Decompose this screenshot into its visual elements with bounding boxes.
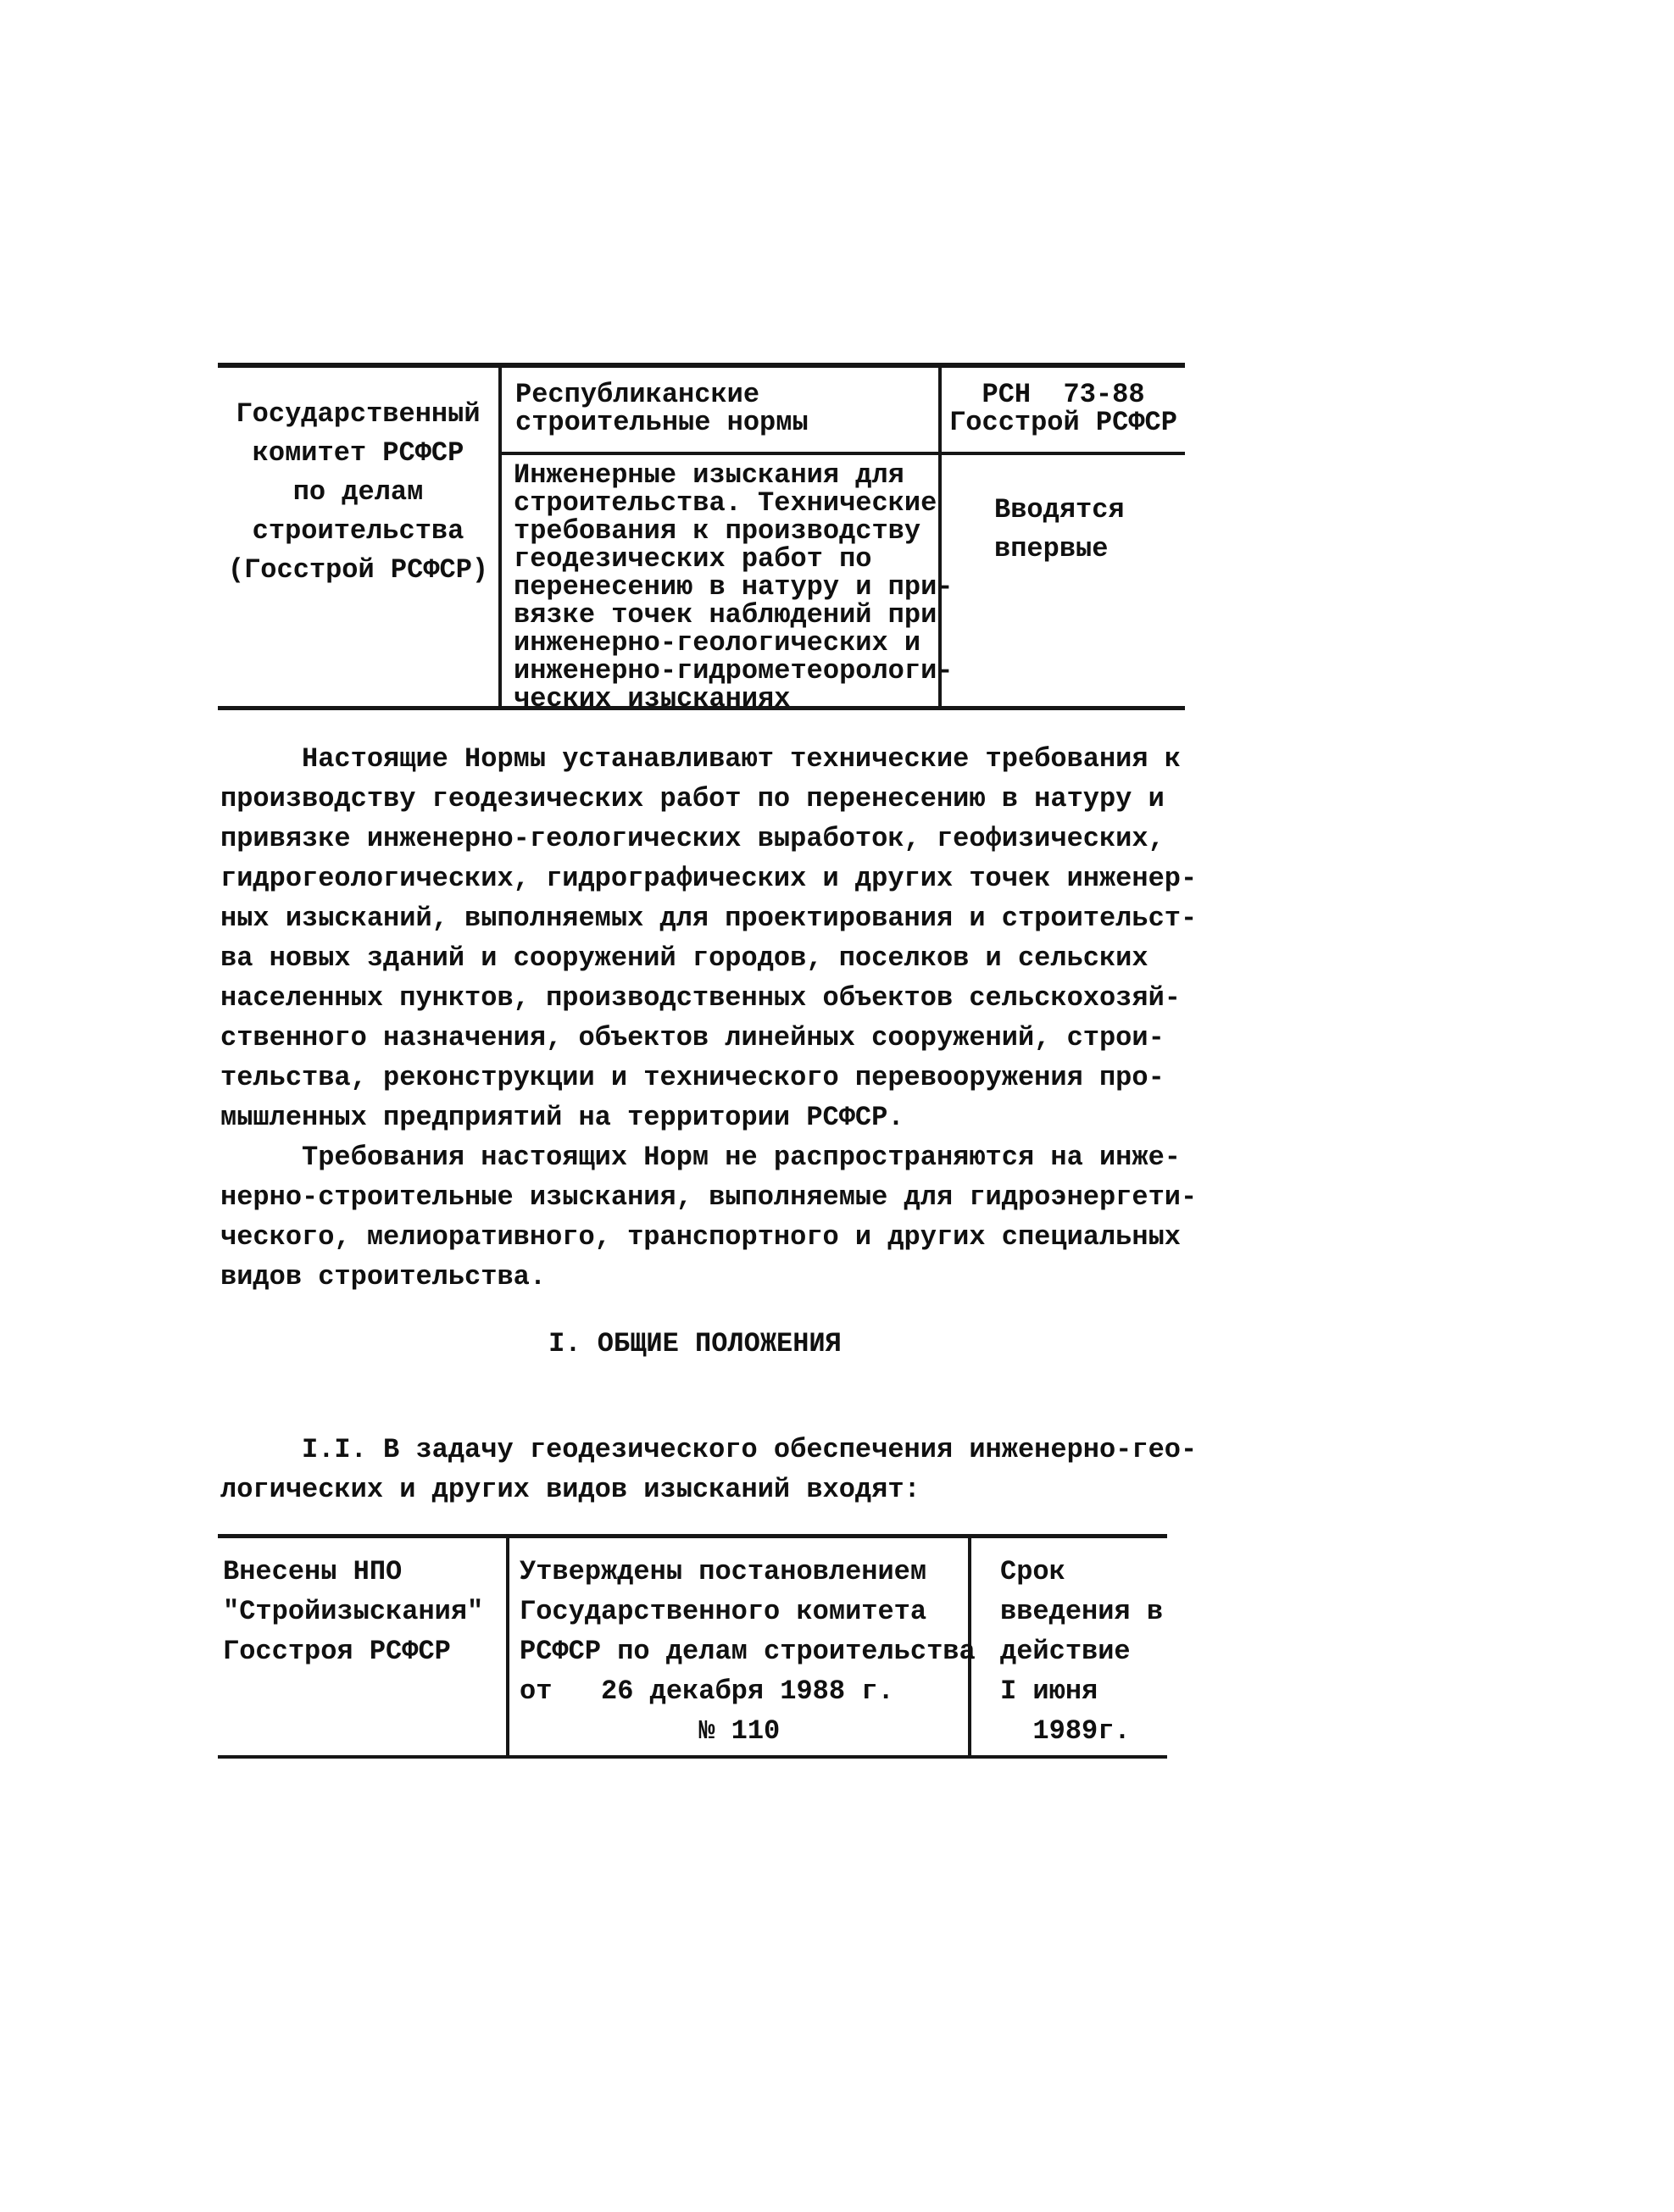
submitted-by-cell: Внесены НПО "Стройизыскания" Госстроя РС… xyxy=(218,1538,506,1671)
document-code-cell: РСН 73-88 Госстрой РСФСР xyxy=(942,368,1185,436)
section-heading: I. ОБЩИЕ ПОЛОЖЕНИЯ xyxy=(220,1329,1170,1359)
footer-stamp-table: Внесены НПО "Стройизыскания" Госстроя РС… xyxy=(218,1534,1167,1759)
scanned-document-page: Государственный комитет РСФСР по делам с… xyxy=(0,0,1674,2212)
issuer-cell: Государственный комитет РСФСР по делам с… xyxy=(218,368,498,590)
intro-paragraph-2: Требования настоящих Норм не распростран… xyxy=(220,1137,1197,1297)
clause-1-1: I.I. В задачу геодезического обеспечения… xyxy=(220,1430,1197,1509)
header-stamp-table: Государственный комитет РСФСР по делам с… xyxy=(218,363,1185,710)
document-title-cell: Инженерные изыскания для строительства. … xyxy=(502,455,938,713)
approved-by-cell: Утверждены постановлением Государственно… xyxy=(509,1538,968,1751)
introduction-status-cell: Вводятся впервые xyxy=(942,455,1185,569)
effective-date-cell: Срок введения в действие I июня 1989г. xyxy=(971,1538,1167,1751)
document-type-cell: Республиканские строительные нормы xyxy=(502,368,938,436)
intro-paragraph-1: Настоящие Нормы устанавливают технически… xyxy=(220,739,1197,1137)
